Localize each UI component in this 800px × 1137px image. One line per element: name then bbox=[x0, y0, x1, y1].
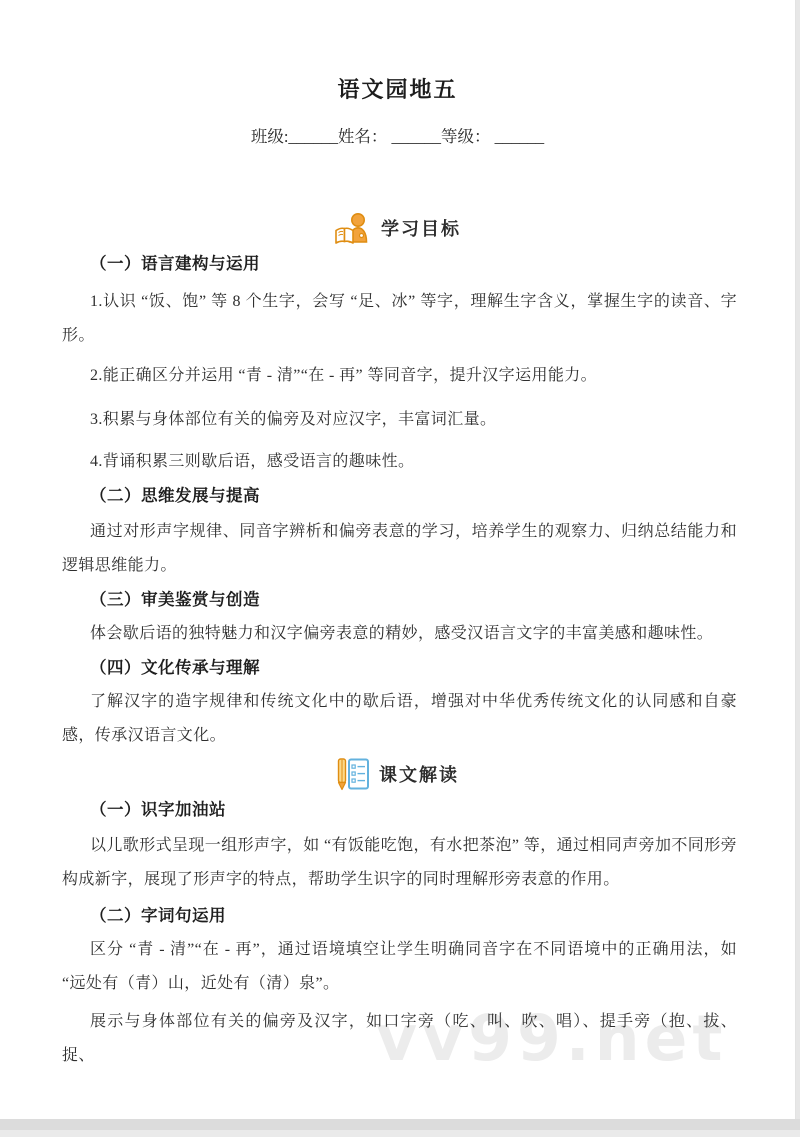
objective-paragraph: 3.积累与身体部位有关的偏旁及对应汉字，丰富词汇量。 bbox=[62, 403, 737, 437]
subsection-heading: （二）字词句运用 bbox=[62, 899, 737, 933]
subsection-heading: （一）识字加油站 bbox=[62, 793, 737, 827]
page-bottom-gutter bbox=[0, 1119, 800, 1137]
screenshot-root: { "doc": { "title": "语文园地五", "meta_line"… bbox=[0, 0, 800, 1137]
subsection-heading: （三）审美鉴赏与创造 bbox=[62, 583, 737, 617]
text-analysis-content: （一）识字加油站 以儿歌形式呈现一组形声字，如 “有饭能吃饱，有水把茶泡” 等，… bbox=[0, 793, 795, 1073]
objective-paragraph: 4.背诵积累三则歇后语，感受语言的趣味性。 bbox=[62, 445, 737, 479]
section-header-learning-objectives: 学习目标 bbox=[0, 209, 795, 247]
section-title-text-analysis: 课文解读 bbox=[379, 761, 459, 787]
objective-paragraph: 2.能正确区分并运用 “青 - 清”“在 - 再” 等同音字，提升汉字运用能力。 bbox=[62, 359, 737, 393]
notebook-pencil-icon bbox=[336, 757, 370, 791]
objective-paragraph: 通过对形声字规律、同音字辨析和偏旁表意的学习，培养学生的观察力、归纳总结能力和逻… bbox=[62, 515, 737, 583]
document-page: vv99.net 语文园地五 班级:______姓名： ______等级： __… bbox=[0, 0, 796, 1119]
subsection-heading: （四）文化传承与理解 bbox=[62, 651, 737, 685]
section-header-text-analysis: 课文解读 bbox=[0, 755, 795, 793]
subsection-heading: （二）思维发展与提高 bbox=[62, 479, 737, 513]
page-title: 语文园地五 bbox=[0, 75, 795, 105]
analysis-paragraph: 以儿歌形式呈现一组形声字，如 “有饭能吃饱，有水把茶泡” 等，通过相同声旁加不同… bbox=[62, 829, 737, 897]
reading-person-icon bbox=[334, 211, 372, 245]
analysis-paragraph: 区分 “青 - 清”“在 - 再”，通过语境填空让学生明确同音字在不同语境中的正… bbox=[62, 933, 737, 1001]
analysis-paragraph-truncated: 展示与身体部位有关的偏旁及汉字，如口字旁（吃、叫、吹、唱）、提手旁（抱、拔、捉、 bbox=[62, 1005, 737, 1073]
objective-paragraph: 体会歇后语的独特魅力和汉字偏旁表意的精妙，感受汉语言文字的丰富美感和趣味性。 bbox=[62, 617, 737, 651]
objective-paragraph: 1.认识 “饭、饱” 等 8 个生字，会写 “足、冰” 等字，理解生字含义，掌握… bbox=[62, 285, 737, 353]
student-info-line: 班级:______姓名： ______等级： ______ bbox=[0, 126, 795, 148]
section-title-learning-objectives: 学习目标 bbox=[381, 215, 461, 241]
subsection-heading: （一）语言建构与运用 bbox=[62, 247, 737, 281]
objective-paragraph: 了解汉字的造字规律和传统文化中的歇后语，增强对中华优秀传统文化的认同感和自豪感，… bbox=[62, 685, 737, 753]
learning-objectives-content: （一）语言建构与运用 1.认识 “饭、饱” 等 8 个生字，会写 “足、冰” 等… bbox=[0, 247, 795, 753]
